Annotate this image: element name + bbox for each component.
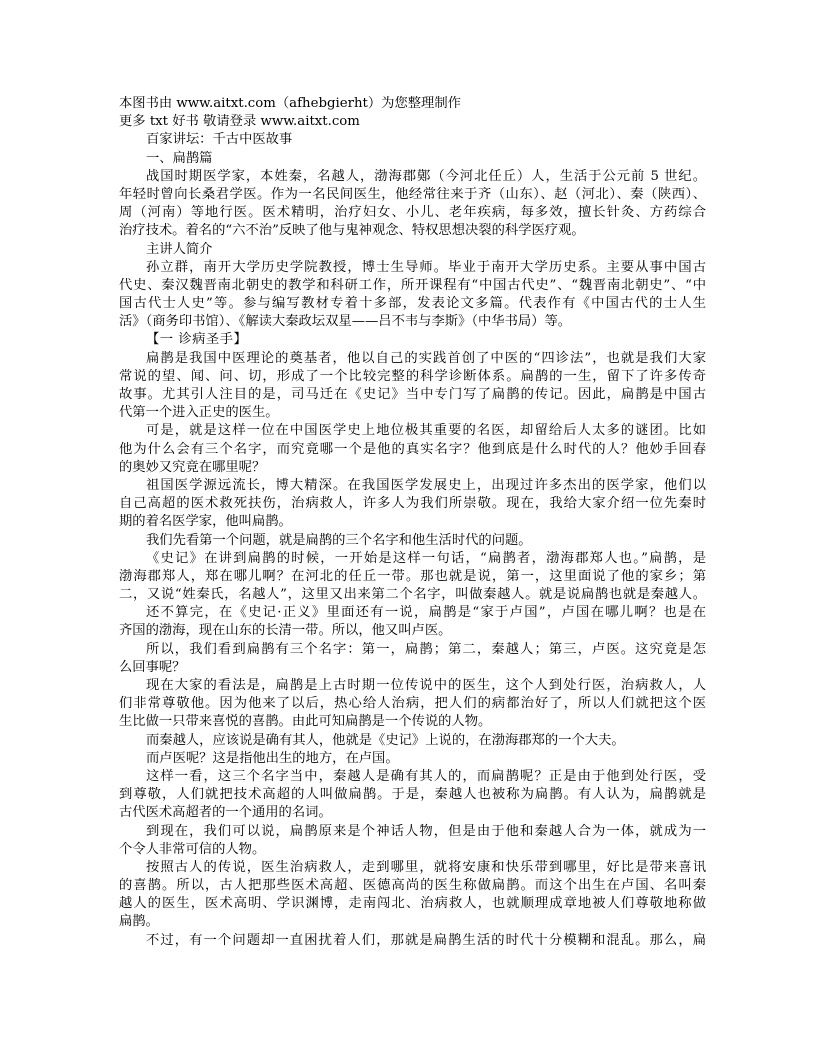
text-line: 二，又说“姓秦氏，名越人”，这里又出来第二个名字，叫做秦越人。就是说扁鹊也就是秦… <box>119 586 706 604</box>
paragraph: 不过，有一个问题却一直困扰着人们，那就是扁鹊生活的时代十分模糊和混乱。那么，扁 <box>119 932 706 950</box>
text-line: 年轻时曾向长桑君学医。作为一名民间医生，他经常往来于齐（山东）、赵（河北）、秦（… <box>119 186 706 204</box>
text-line: 周（河南）等地行医。医术精明，治疗妇女、小儿、老年疾病，每多效，擅长针灸、方药综… <box>119 204 706 222</box>
text-line: 渤海郡郑人，郑在哪儿啊？在河北的任丘一带。那也就是说，第一，这里面说了他的家乡；… <box>119 568 706 586</box>
text-line: 到尊敬，人们就把技术高超的人叫做扁鹊。于是，秦越人也被称为扁鹊。有人认为，扁鹊就… <box>119 786 706 804</box>
document-page: 本图书由 www.aitxt.com（afhebgierht）为您整理制作 更多… <box>119 95 706 950</box>
paragraph: 祖国医学源远流长，博大精深。在我国医学发展史上，出现过许多杰出的医学家，他们以 … <box>119 477 706 532</box>
text-line: 么回事呢？ <box>119 659 706 677</box>
speaker-paragraph: 孙立群，南开大学历史学院教授，博士生导师。毕业于南开大学历史系。主要从事中国古 … <box>119 259 706 332</box>
text-line: 治疗技术。着名的“六不治”反映了他与鬼神观念、特权思想决裂的科学医疗观。 <box>119 222 706 240</box>
text-line: 按照古人的传说，医生治病救人，走到哪里，就将安康和快乐带到哪里，好比是带来喜讯 <box>119 859 706 877</box>
text-line: 代第一个进入正史的医生。 <box>119 404 706 422</box>
chapter-title: 一、扁鹊篇 <box>119 150 706 168</box>
text-line: 到现在，我们可以说，扁鹊原来是个神话人物，但是由于他和秦越人合为一体，就成为一 <box>119 823 706 841</box>
paragraph: 而卢医呢？这是指他出生的地方，在卢国。 <box>119 750 706 768</box>
paragraph: 而秦越人，应该说是确有其人，他就是《史记》上说的，在渤海郡郑的一个大夫。 <box>119 732 706 750</box>
paragraph: 我们先看第一个问题，就是扁鹊的三个名字和他生活时代的问题。 <box>119 532 706 550</box>
text-line: 代史、秦汉魏晋南北朝史的教学和科研工作，所开课程有“中国古代史”、“魏晋南北朝史… <box>119 277 706 295</box>
paragraph: 现在大家的看法是，扁鹊是上古时期一位传说中的医生，这个人到处行医，治病救人，人 … <box>119 677 706 732</box>
paragraph: 到现在，我们可以说，扁鹊原来是个神话人物，但是由于他和秦越人合为一体，就成为一 … <box>119 823 706 859</box>
text-line: 自己高超的医术救死扶伤，治病救人，许多人为我们所崇敬。现在，我给大家介绍一位先秦… <box>119 495 706 513</box>
text-line: 所以，我们看到扁鹊有三个名字：第一，扁鹊；第二，秦越人；第三，卢医。这究竟是怎 <box>119 641 706 659</box>
paragraph: 可是，就是这样一位在中国医学史上地位极其重要的名医，却留给后人太多的谜团。比如 … <box>119 422 706 477</box>
paragraph: 所以，我们看到扁鹊有三个名字：第一，扁鹊；第二，秦越人；第三，卢医。这究竟是怎 … <box>119 641 706 677</box>
text-line: 而秦越人，应该说是确有其人，他就是《史记》上说的，在渤海郡郑的一个大夫。 <box>119 732 706 750</box>
paragraph: 《史记》在讲到扁鹊的时候，一开始是这样一句话，“扁鹊者，渤海郡郑人也。”扁鹊，是… <box>119 550 706 605</box>
text-line: 的喜鹊。所以，古人把那些医术高超、医德高尚的医生称做扁鹊。而这个出生在卢国、名叫… <box>119 877 706 895</box>
paragraph: 这样一看，这三个名字当中，秦越人是确有其人的，而扁鹊呢？正是由于他到处行医，受 … <box>119 768 706 823</box>
text-line: 个令人非常可信的人物。 <box>119 841 706 859</box>
intro-paragraph: 战国时期医学家，本姓秦，名越人，渤海郡鄚（今河北任丘）人，生活于公元前 5 世纪… <box>119 168 706 241</box>
watermark-line: 本图书由 www.aitxt.com（afhebgierht）为您整理制作 <box>119 95 706 113</box>
section-heading: 【一 诊病圣手】 <box>119 331 706 349</box>
text-line: 越人的医生，医术高明、学识渊博，走南闯北、治病救人，也就顺理成章地被人们尊敬地称… <box>119 895 706 913</box>
text-line: 这样一看，这三个名字当中，秦越人是确有其人的，而扁鹊呢？正是由于他到处行医，受 <box>119 768 706 786</box>
text-line: 他为什么会有三个名字，而究竟哪一个是他的真实名字？他到底是什么时代的人？他妙手回… <box>119 441 706 459</box>
text-line: 而卢医呢？这是指他出生的地方，在卢国。 <box>119 750 706 768</box>
text-line: 孙立群，南开大学历史学院教授，博士生导师。毕业于南开大学历史系。主要从事中国古 <box>119 259 706 277</box>
text-line: 战国时期医学家，本姓秦，名越人，渤海郡鄚（今河北任丘）人，生活于公元前 5 世纪… <box>119 168 706 186</box>
text-line: 扁鹊是我国中医理论的奠基者，他以自己的实践首创了中医的“四诊法”，也就是我们大家 <box>119 350 706 368</box>
speaker-heading: 主讲人简介 <box>119 241 706 259</box>
text-line: 不过，有一个问题却一直困扰着人们，那就是扁鹊生活的时代十分模糊和混乱。那么，扁 <box>119 932 706 950</box>
text-line: 现在大家的看法是，扁鹊是上古时期一位传说中的医生，这个人到处行医，治病救人，人 <box>119 677 706 695</box>
text-line: 国古代士人史”等。参与编写教材专着十多部，发表论文多篇。代表作有《中国古代的士人… <box>119 295 706 313</box>
text-line: 古代医术高超者的一个通用的名词。 <box>119 804 706 822</box>
text-line: 生比做一只带来喜悦的喜鹊。由此可知扁鹊是一个传说的人物。 <box>119 713 706 731</box>
paragraph: 还不算完，在《史记·正义》里面还有一说，扁鹊是“家于卢国”，卢国在哪儿啊？也是在… <box>119 604 706 640</box>
paragraph: 扁鹊是我国中医理论的奠基者，他以自己的实践首创了中医的“四诊法”，也就是我们大家… <box>119 350 706 423</box>
text-line: 扁鹊。 <box>119 913 706 931</box>
paragraph: 按照古人的传说，医生治病救人，走到哪里，就将安康和快乐带到哪里，好比是带来喜讯 … <box>119 859 706 932</box>
text-line: 《史记》在讲到扁鹊的时候，一开始是这样一句话，“扁鹊者，渤海郡郑人也。”扁鹊，是 <box>119 550 706 568</box>
text-line: 期的着名医学家，他叫扁鹊。 <box>119 513 706 531</box>
text-line: 活》（商务印书馆）、《解读大秦政坛双星——吕不韦与李斯》（中华书局）等。 <box>119 313 706 331</box>
book-title: 百家讲坛：千古中医故事 <box>119 131 706 149</box>
watermark-line: 更多 txt 好书 敬请登录 www.aitxt.com <box>119 113 706 131</box>
text-line: 齐国的渤海，现在山东的长清一带。所以，他又叫卢医。 <box>119 622 706 640</box>
text-line: 祖国医学源远流长，博大精深。在我国医学发展史上，出现过许多杰出的医学家，他们以 <box>119 477 706 495</box>
text-line: 的奥妙又究竟在哪里呢？ <box>119 459 706 477</box>
text-line: 可是，就是这样一位在中国医学史上地位极其重要的名医，却留给后人太多的谜团。比如 <box>119 422 706 440</box>
text-line: 我们先看第一个问题，就是扁鹊的三个名字和他生活时代的问题。 <box>119 532 706 550</box>
text-line: 还不算完，在《史记·正义》里面还有一说，扁鹊是“家于卢国”，卢国在哪儿啊？也是在 <box>119 604 706 622</box>
text-line: 故事。尤其引人注目的是，司马迁在《史记》当中专门写了扁鹊的传记。因此，扁鹊是中国… <box>119 386 706 404</box>
text-line: 常说的望、闻、问、切，形成了一个比较完整的科学诊断体系。扁鹊的一生，留下了许多传… <box>119 368 706 386</box>
text-line: 们非常尊敬他。因为他来了以后，热心给人治病，把人们的病都治好了，所以人们就把这个… <box>119 695 706 713</box>
